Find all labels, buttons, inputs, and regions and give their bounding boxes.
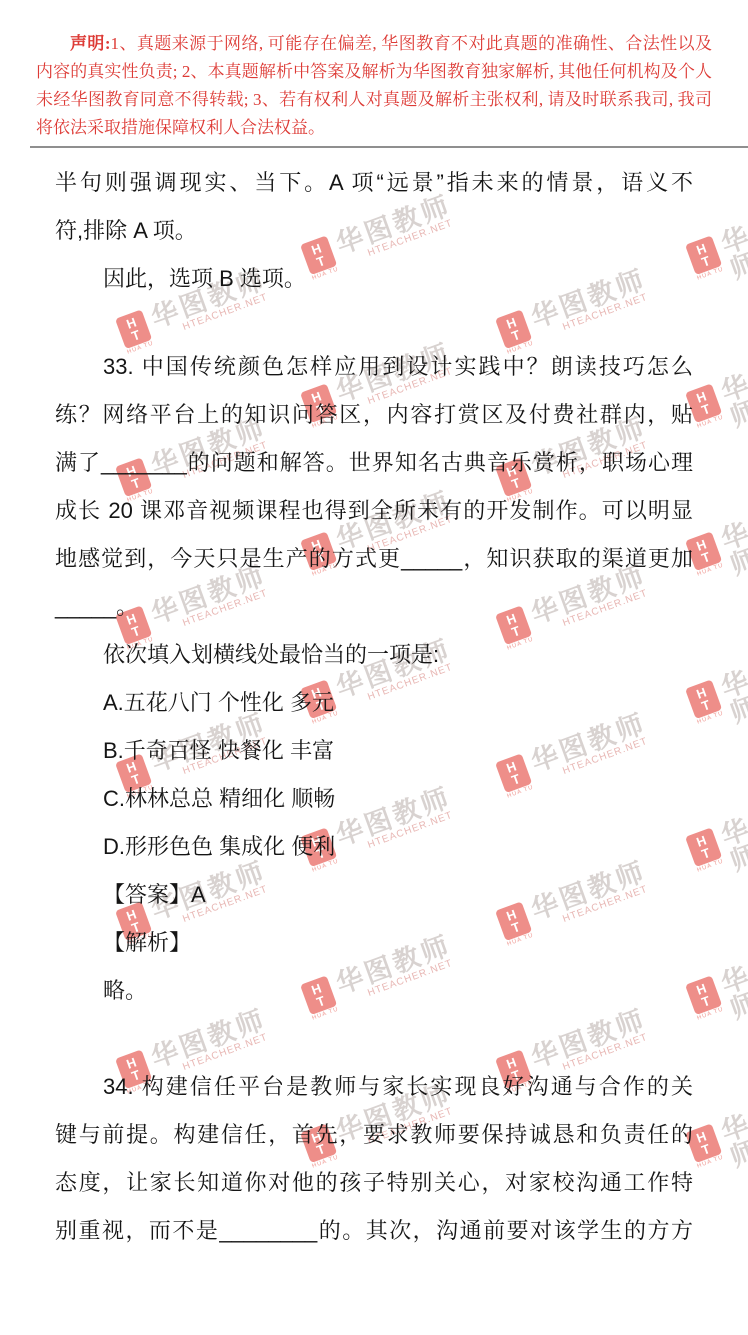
exam-text: 半句则强调现实、当下。A 项“远景”指未来的情景，语义不 符,排除 A 项。 因… (55, 148, 693, 1255)
document-page: HTHUA TU华图教师HTEACHER.NETHTHUA TU华图教师HTEA… (0, 0, 748, 1335)
question-34: 34. 构建信任平台是教师与家长实现良好沟通与合作的关 键与前提。构建信任，首先… (55, 1063, 693, 1255)
question-33: 33. 中国传统颜色怎样应用到设计实践中？朗读技巧怎么 练？网络平台上的知识问答… (55, 343, 693, 1015)
answer-line: 【答案】A (55, 871, 693, 919)
question-line: 成长 20 课邓音视频课程也得到全所未有的开发制作。可以明显 (55, 487, 693, 535)
question-line: _____。 (55, 583, 693, 631)
conclusion-line: 因此，选项 B 选项。 (55, 255, 693, 303)
option-d: D.形形色色 集成化 便利 (55, 823, 693, 871)
option-b: B.千奇百怪 快餐化 丰富 (55, 727, 693, 775)
document-content: 声明:1、真题来源于网络, 可能存在偏差, 华图教育不对此真题的准确性、合法性以… (0, 0, 748, 1255)
question-line: 34. 构建信任平台是教师与家长实现良好沟通与合作的关 (55, 1063, 693, 1111)
question-stem: 依次填入划横线处最恰当的一项是: (55, 631, 693, 679)
paragraph-line: 符,排除 A 项。 (55, 207, 693, 255)
question-line: 态度，让家长知道你对他的孩子特别关心，对家校沟通工作特 (55, 1159, 693, 1207)
question-line: 键与前提。构建信任，首先，要求教师要保持诚恳和负责任的 (55, 1111, 693, 1159)
analysis-label: 【解析】 (55, 919, 693, 967)
question-line: 33. 中国传统颜色怎样应用到设计实践中？朗读技巧怎么 (55, 343, 693, 391)
question-line: 满了_______的问题和解答。世界知名古典音乐赏析，职场心理 (55, 439, 693, 487)
option-a: A.五花八门 个性化 多元 (55, 679, 693, 727)
disclaimer-label: 声明: (70, 34, 111, 53)
question-line: 地感觉到，今天只是生产的方式更_____，知识获取的渠道更加 (55, 535, 693, 583)
question-line: 练？网络平台上的知识问答区，内容打赏区及付费社群内，贴 (55, 391, 693, 439)
analysis-text: 略。 (55, 967, 693, 1015)
question-line: 别重视，而不是________的。其次，沟通前要对该学生的方方 (55, 1207, 693, 1255)
option-c: C.林林总总 精细化 顺畅 (55, 775, 693, 823)
disclaimer: 声明:1、真题来源于网络, 可能存在偏差, 华图教育不对此真题的准确性、合法性以… (36, 0, 712, 142)
paragraph-line: 半句则强调现实、当下。A 项“远景”指未来的情景，语义不 (55, 159, 693, 207)
disclaimer-text: 1、真题来源于网络, 可能存在偏差, 华图教育不对此真题的准确性、合法性以及内容… (36, 34, 712, 137)
